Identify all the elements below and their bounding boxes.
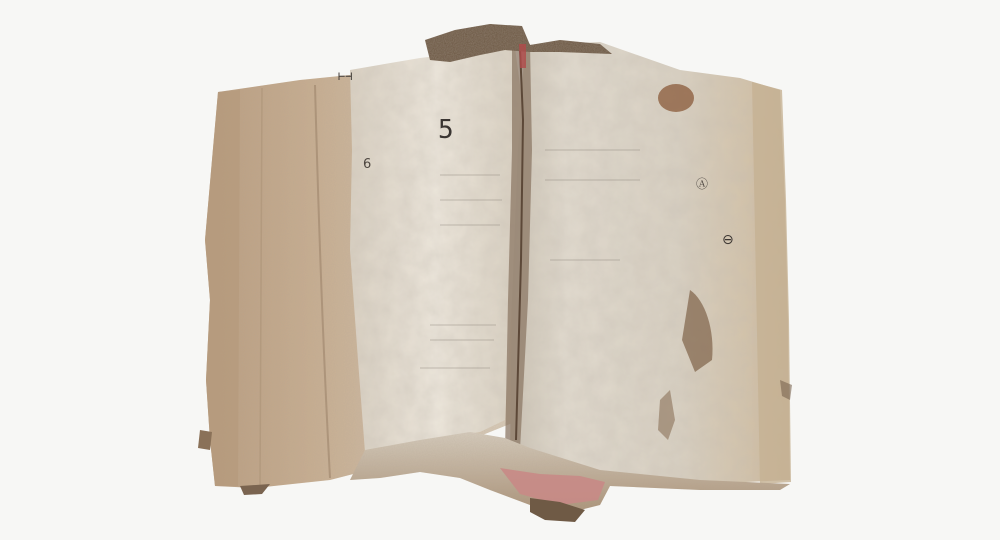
right-page-glyph-2: ⊖ — [722, 232, 734, 248]
photo-scene: ⊢⊣ 6 5 Ⓐ ⊖ — [0, 0, 1000, 540]
left-page-header-mark: ⊢⊣ — [338, 69, 352, 83]
left-page-number: 6 — [363, 157, 371, 172]
right-page — [510, 42, 790, 484]
curled-page — [350, 48, 522, 452]
right-page-glyph-1: Ⓐ — [696, 177, 708, 191]
book-photo: ⊢⊣ 6 5 Ⓐ ⊖ — [0, 0, 1000, 540]
curled-page-glyph: 5 — [438, 115, 454, 145]
